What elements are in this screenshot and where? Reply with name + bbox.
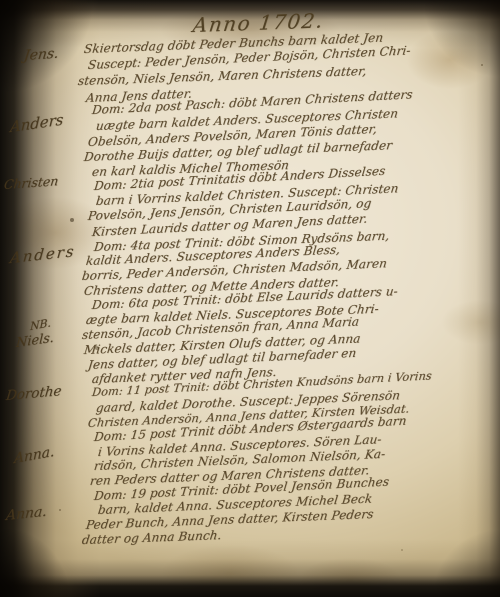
margin-name: Jens. <box>23 46 59 65</box>
photo-background: Anno 1702. Jens. Anders Christen Anders … <box>0 0 500 597</box>
ink-specks <box>70 218 74 222</box>
